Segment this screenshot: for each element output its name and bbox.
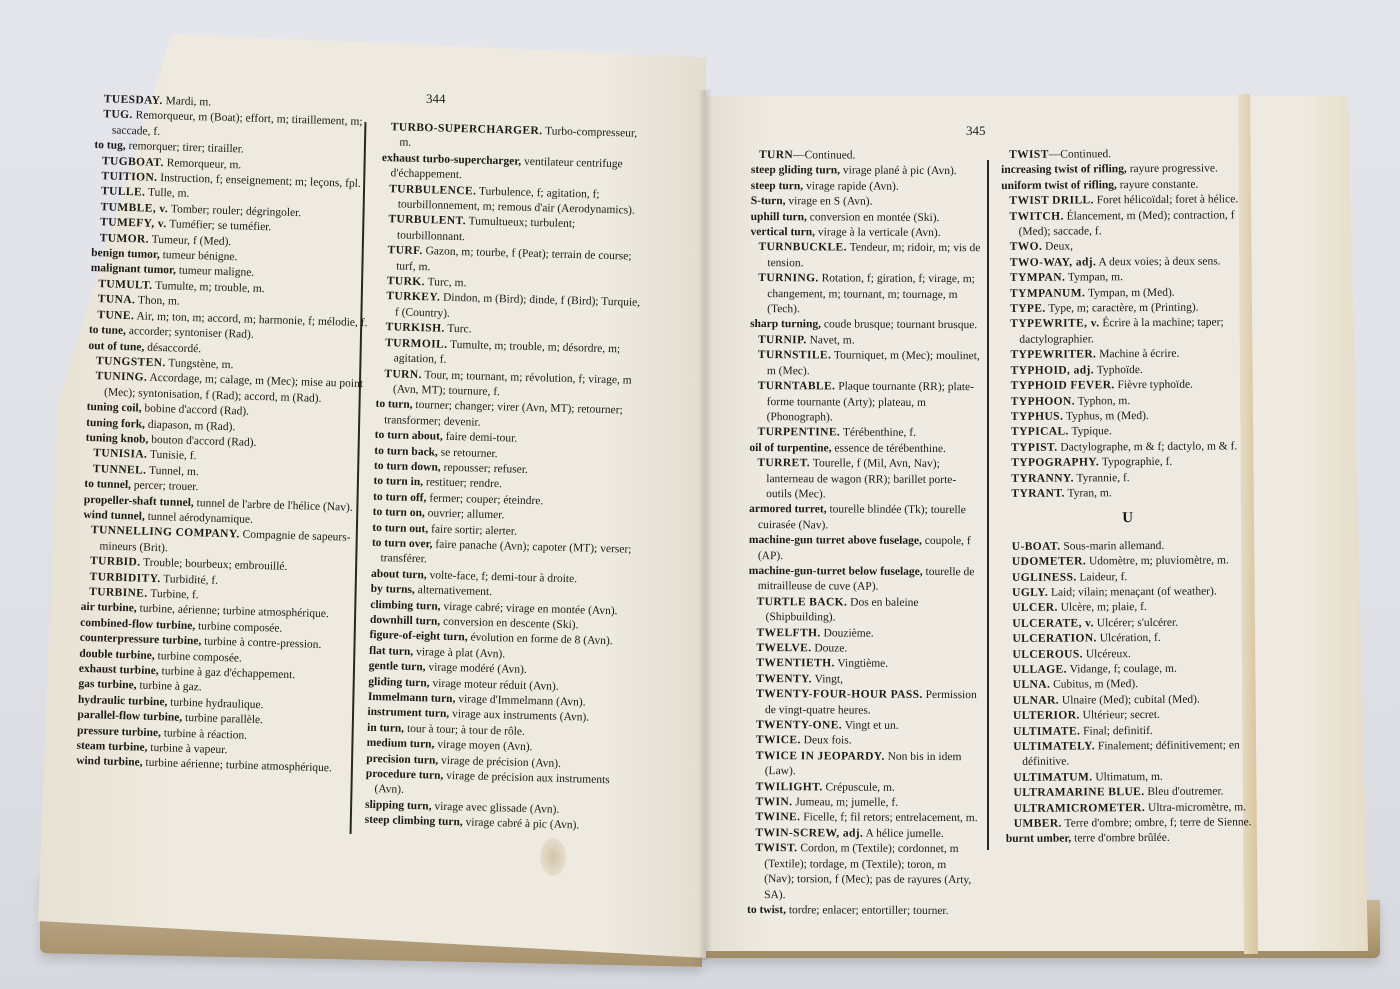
- subentry-term: gliding turn,: [368, 675, 430, 689]
- definition: virage plané à pic (Avn).: [840, 165, 957, 178]
- dictionary-headword-entry: TWIST—Continued.: [1000, 146, 1250, 163]
- headword: TWICE.: [756, 734, 801, 746]
- headword: TUNISIA.: [93, 447, 147, 461]
- dictionary-headword-entry: TYPICAL. Typique.: [1002, 424, 1252, 441]
- subentry-term: to turn down,: [374, 460, 441, 474]
- definition: ouvrier; allumer.: [425, 507, 505, 521]
- subentry-term: uphill turn,: [751, 211, 807, 223]
- dictionary-headword-entry: ULNA. Cubitus, m (Med).: [1004, 677, 1254, 694]
- headword: ULTIMATELY.: [1013, 740, 1095, 753]
- subentry-term: counterpressure turbine,: [80, 632, 202, 648]
- dictionary-headword-entry: TWENTY-FOUR-HOUR PASS. Permission de vin…: [747, 687, 979, 719]
- subentry-term: to tug,: [94, 139, 126, 152]
- subentry-term: to turn,: [375, 398, 412, 411]
- definition: virage aux instruments (Avn).: [449, 708, 589, 724]
- dictionary-headword-entry: TWILIGHT. Crépuscule, m.: [747, 780, 979, 797]
- dictionary-subentry: armored turret, tourelle blindée (Tk); t…: [748, 502, 980, 534]
- headword: TYRANNY.: [1011, 472, 1074, 484]
- definition: Typhus, m (Med).: [1063, 410, 1149, 423]
- subentry-term: oil of turpentine,: [749, 442, 831, 454]
- definition: Tympan, m (Med).: [1085, 286, 1174, 299]
- subentry-term: Immelmann turn,: [368, 691, 456, 705]
- dictionary-headword-entry: UGLINESS. Laideur, f.: [1003, 569, 1253, 586]
- dictionary-subentry: sharp turning, coude brusque; tournant b…: [749, 317, 981, 334]
- headword: U-BOAT.: [1012, 540, 1061, 552]
- headword: ULNA.: [1013, 679, 1051, 691]
- headword: TYPICAL.: [1011, 426, 1069, 438]
- definition: virage cabré à pic (Avn).: [463, 817, 580, 832]
- definition: virage en S (Avn).: [786, 195, 873, 207]
- headword: TUESDAY.: [104, 93, 163, 107]
- dictionary-subentry: vertical turn, virage à la verticale (Av…: [750, 225, 982, 242]
- dictionary-subentry: S-turn, virage en S (Avn).: [750, 194, 982, 211]
- headword: TURNSTILE.: [758, 349, 831, 361]
- headword: TYPIST.: [1011, 441, 1057, 453]
- headword: TURNTABLE.: [758, 380, 836, 392]
- left-page-column-2: TURBO-SUPERCHARGER. Turbo-compresseur, m…: [363, 120, 646, 835]
- dictionary-headword-entry: ULTIMATUM. Ultimatum, m.: [1004, 769, 1254, 786]
- dictionary-subentry: steep gliding turn, virage plané à pic (…: [750, 163, 982, 180]
- definition: Fièvre typhoïde.: [1115, 379, 1193, 392]
- dictionary-headword-entry: ULTRAMICROMETER. Ultra-micromètre, m.: [1005, 800, 1255, 817]
- headword: TWELVE.: [756, 642, 811, 654]
- headword: TWIN.: [756, 796, 793, 808]
- definition: Remorqueur, m (Boat); effort, m; tiraill…: [112, 110, 363, 138]
- definition: diapason, m (Rad).: [145, 418, 236, 433]
- headword: ULTIMATUM.: [1013, 771, 1092, 784]
- definition: Udomètre, m; pluviomètre, m.: [1086, 555, 1229, 568]
- definition: Tympan, m.: [1065, 271, 1123, 283]
- dictionary-headword-entry: TURRET. Tourelle, f (Mil, Avn, Nav); lan…: [748, 456, 980, 503]
- dictionary-headword-entry: TWENTY. Vingt,: [747, 672, 979, 689]
- right-page-column-2: TWIST—Continued.increasing twist of rifl…: [1000, 146, 1255, 848]
- definition: terre d'ombre brûlée.: [1071, 832, 1170, 845]
- definition: virage rapide (Avn).: [803, 180, 899, 193]
- page-number-right: 345: [966, 123, 986, 139]
- definition: Turc.: [445, 323, 472, 336]
- subentry-term: increasing twist of rifling,: [1001, 164, 1127, 177]
- definition: Navet, m.: [807, 334, 855, 346]
- subentry-term: to turn out,: [372, 521, 428, 534]
- headword: ULTIMATE.: [1013, 725, 1080, 737]
- definition: Vingtième.: [835, 658, 888, 670]
- column-divider-right-page: [987, 160, 989, 850]
- subentry-term: double turbine,: [79, 647, 155, 661]
- headword: TURK.: [387, 275, 425, 288]
- subentry-term: procedure turn,: [366, 768, 444, 782]
- definition: virage de précision (Avn).: [438, 754, 561, 769]
- definition: Gazon, m; tourbe, f (Peat); terrain de c…: [396, 245, 632, 273]
- headword: ULCER.: [1012, 602, 1058, 614]
- headword: TUMOR.: [99, 232, 149, 245]
- dictionary-headword-entry: TYPEWRITE, v. Écrire à la machine; taper…: [1001, 316, 1251, 349]
- definition: Ulcéreux.: [1083, 648, 1131, 660]
- subentry-term: to turn in,: [373, 475, 423, 488]
- definition: Trouble; bourbeux; embrouillé.: [140, 557, 287, 573]
- definition: remorquer; tirer; tirailler.: [126, 140, 244, 155]
- headword: TURBULENCE.: [389, 183, 476, 197]
- headword: TURBID.: [90, 555, 141, 568]
- subentry-term: out of tune,: [88, 339, 144, 353]
- definition: essence de térébenthine.: [832, 442, 946, 455]
- definition: turbine à réaction.: [161, 727, 248, 742]
- headword: ULTERIOR.: [1013, 710, 1080, 722]
- definition: restituer; rendre.: [423, 477, 502, 491]
- dictionary-headword-entry: TWIST. Cordon, m (Textile); cordonnet, m…: [746, 841, 978, 904]
- definition: virage d'Immelmann (Avn).: [455, 693, 586, 708]
- headword: TULLE.: [101, 186, 146, 199]
- headword: UGLINESS.: [1012, 571, 1077, 583]
- headword: ULLAGE.: [1013, 664, 1067, 676]
- definition: faire sortir; alerter.: [428, 523, 517, 537]
- headword: TURN.: [384, 368, 422, 381]
- definition: rayure progressive.: [1127, 163, 1218, 176]
- dictionary-headword-entry: TYRANNY. Tyrannie, f.: [1002, 470, 1252, 487]
- right-column-2-t-entries: TWIST—Continued.increasing twist of rifl…: [1000, 146, 1252, 502]
- headword: TYMPAN.: [1010, 272, 1065, 284]
- subentry-term: steep climbing turn,: [365, 814, 463, 829]
- dictionary-headword-entry: UDOMETER. Udomètre, m; pluviomètre, m.: [1003, 553, 1253, 570]
- headword: UMBER.: [1014, 818, 1062, 830]
- definition: Laideur, f.: [1077, 571, 1128, 583]
- headword: TUNA.: [98, 293, 136, 306]
- headword: UGLY.: [1012, 587, 1048, 599]
- headword: TUNNEL.: [93, 463, 147, 477]
- definition: Foret hélicoïdal; foret à hélice.: [1094, 194, 1238, 207]
- definition: tumeur maligne.: [176, 265, 255, 279]
- definition: Tumulte, m; trouble, m.: [152, 280, 264, 295]
- definition: Ficelle, f; fil retors; entrelacement, m…: [800, 812, 977, 825]
- definition: Terre d'ombre; ombre, f; terre de Sienne…: [1062, 816, 1252, 829]
- definition: Tour, m; tournant, m; révolution, f; vir…: [393, 369, 632, 398]
- dictionary-headword-entry: TYPE. Type, m; caractère, m (Printing).: [1001, 300, 1251, 317]
- headword: TWIST DRILL.: [1009, 195, 1094, 208]
- dictionary-headword-entry: TWO-WAY, adj. A deux voies; à deux sens.: [1001, 254, 1251, 271]
- dictionary-headword-entry: ULLAGE. Vidange, f; coulage, m.: [1004, 661, 1254, 678]
- subentry-term: to turn about,: [375, 429, 443, 443]
- definition: A deux voies; à deux sens.: [1096, 255, 1220, 268]
- definition: turbine à vapeur.: [147, 742, 227, 756]
- definition: tumeur bénigne.: [160, 249, 238, 263]
- dictionary-subentry: machine-gun turret above fuselage, coupo…: [748, 533, 980, 565]
- subentry-term: downhill turn,: [370, 614, 441, 628]
- headword: TUGBOAT.: [102, 155, 164, 169]
- headword: TWICE IN JEOPARDY.: [756, 750, 885, 763]
- dictionary-headword-entry: TURNTABLE. Plaque tournante (RR); plate-…: [749, 379, 981, 426]
- subentry-term: tuning fork,: [86, 416, 145, 430]
- definition: Thon, m.: [135, 295, 180, 308]
- headword: TYPOGRAPHY.: [1011, 456, 1099, 469]
- subentry-term: combined-flow turbine,: [80, 617, 195, 632]
- dictionary-headword-entry: TWENTY-ONE. Vingt et un.: [747, 718, 979, 735]
- subentry-term: machine-gun turret above fuselage,: [749, 534, 922, 547]
- dictionary-headword-entry: ULTRAMARINE BLUE. Bleu d'outremer.: [1004, 784, 1254, 801]
- subentry-term: about turn,: [371, 568, 427, 581]
- subentry-term: tuning knob,: [86, 432, 149, 446]
- definition: Tyrannie, f.: [1074, 472, 1130, 484]
- dictionary-headword-entry: TWELFTH. Douzième.: [747, 626, 979, 643]
- definition: évolution en forme de 8 (Avn).: [467, 632, 612, 648]
- subentry-term: to turn over,: [372, 537, 433, 551]
- headword: TUMEFY, v.: [100, 216, 167, 230]
- subentry-term: sharp turning,: [750, 318, 821, 330]
- definition: turbine à gaz.: [136, 680, 201, 694]
- subentry-term: figure-of-eight turn,: [369, 629, 467, 644]
- definition: Remorqueur, m.: [164, 157, 242, 171]
- definition: turbine hydraulique.: [167, 696, 263, 711]
- headword: TYMPANUM.: [1010, 287, 1085, 300]
- subentry-term: precision turn,: [366, 752, 438, 766]
- subentry-term: by turns,: [371, 583, 415, 596]
- subentry-term: gas turbine,: [78, 678, 136, 692]
- definition: Typhoïde.: [1094, 364, 1143, 376]
- definition: Laid; vilain; menaçant (of weather).: [1048, 585, 1217, 598]
- definition: Douzième.: [821, 627, 874, 639]
- dictionary-headword-entry: TURNIP. Navet, m.: [749, 333, 981, 350]
- headword: TURNING.: [758, 272, 818, 284]
- definition: Douze.: [811, 642, 847, 654]
- dictionary-headword-entry: TWITCH. Élancement, m (Med); contraction…: [1000, 208, 1250, 241]
- headword: TURBO-SUPERCHARGER.: [391, 121, 543, 137]
- dictionary-headword-entry: TURNBUCKLE. Tendeur, m; ridoir, m; vis d…: [749, 240, 981, 272]
- definition: fermer; couper; éteindre.: [426, 492, 543, 507]
- dictionary-headword-entry: TURNSTILE. Tourniquet, m (Mec); moulinet…: [749, 348, 981, 380]
- dictionary-headword-entry: ULTERIOR. Ultérieur; secret.: [1004, 707, 1254, 724]
- definition: Ulnaire (Med); cubital (Med).: [1059, 693, 1200, 706]
- dictionary-headword-entry: TWIN. Jumeau, m; jumelle, f.: [747, 795, 979, 812]
- definition: Machine à écrire.: [1096, 348, 1179, 361]
- dictionary-subentry: oil of turpentine, essence de térébenthi…: [748, 441, 980, 458]
- headword: TYPEWRITE, v.: [1010, 318, 1099, 331]
- definition: Turbine, f.: [147, 588, 198, 602]
- definition: Typhon, m.: [1075, 395, 1130, 407]
- dictionary-headword-entry: TWIST DRILL. Foret hélicoïdal; foret à h…: [1000, 192, 1250, 209]
- definition: Typographie, f.: [1099, 456, 1172, 469]
- headword: TWINE.: [755, 812, 800, 824]
- dictionary-subentry: machine-gun-turret below fuselage, toure…: [748, 564, 980, 596]
- definition: —Continued.: [793, 149, 855, 161]
- definition: coude brusque; tournant brusque.: [821, 319, 977, 332]
- headword: TUMBLE, v.: [100, 201, 168, 215]
- subentry-term: to tunnel,: [84, 478, 131, 491]
- headword: TUMULT.: [98, 278, 153, 292]
- subentry-term: S-turn,: [751, 195, 786, 207]
- definition: Tulle, m.: [145, 187, 189, 200]
- definition: Tumeur, f (Med).: [149, 233, 232, 247]
- subentry-term: machine-gun-turret below fuselage,: [749, 565, 923, 578]
- headword: ULTRAMARINE BLUE.: [1013, 786, 1144, 799]
- dictionary-headword-entry: ULCERATION. Ulcération, f.: [1003, 630, 1253, 647]
- headword: TURPENTINE.: [757, 426, 840, 438]
- definition: bouton d'accord (Rad).: [148, 434, 256, 449]
- headword: ULCERATION.: [1012, 633, 1096, 646]
- definition: tour à tour; à tour de rôle.: [404, 723, 525, 738]
- page-number-left: 344: [426, 91, 446, 107]
- definition: Ultérieur; secret.: [1080, 709, 1160, 722]
- subentry-term: to turn back,: [374, 444, 438, 458]
- subentry-term: vertical turn,: [751, 226, 816, 238]
- definition: Vidange, f; coulage, m.: [1067, 663, 1177, 676]
- dictionary-headword-entry: TWICE IN JEOPARDY. Non bis in idem (Law)…: [747, 749, 979, 781]
- headword: TWO-WAY, adj.: [1010, 256, 1097, 269]
- definition: Tunisie, f.: [147, 449, 197, 462]
- headword: TWITCH.: [1009, 210, 1063, 222]
- headword: TURBIDITY.: [89, 571, 160, 585]
- definition: tourner; changer; virer (Avn, MT); retou…: [384, 399, 623, 428]
- definition: rayure constante.: [1117, 178, 1199, 191]
- headword: TWIN-SCREW, adj.: [755, 827, 863, 840]
- definition: Typique.: [1069, 426, 1112, 438]
- subentry-term: gentle turn,: [369, 660, 426, 673]
- headword: TYRANT.: [1011, 487, 1064, 499]
- definition: bobine d'accord (Rad).: [141, 403, 249, 418]
- headword: TYPHUS.: [1011, 410, 1063, 422]
- definition: se retourner.: [438, 446, 498, 460]
- dictionary-headword-entry: TYPHOON. Typhon, m.: [1002, 393, 1252, 410]
- dictionary-headword-entry: TYRANT. Tyran, m.: [1002, 485, 1252, 502]
- definition: Turc, m.: [425, 276, 467, 289]
- subentry-term: hydraulic turbine,: [78, 694, 168, 709]
- dictionary-headword-entry: TYPHOID, adj. Typhoïde.: [1002, 362, 1252, 379]
- definition: virage moteur réduit (Avn).: [429, 677, 558, 692]
- subentry-term: pressure turbine,: [77, 724, 161, 738]
- headword: TURF.: [387, 244, 422, 257]
- definition: Type, m; caractère, m (Printing).: [1046, 302, 1199, 315]
- definition: turbine parallèle.: [182, 712, 263, 726]
- definition: turbine composée.: [155, 650, 243, 665]
- subentry-term: tuning coil,: [86, 401, 141, 415]
- dictionary-headword-entry: TURN—Continued.: [750, 148, 982, 165]
- dictionary-headword-entry: TURPENTINE. Térébenthine, f.: [748, 425, 980, 442]
- dictionary-headword-entry: UMBER. Terre d'ombre; ombre, f; terre de…: [1005, 815, 1255, 832]
- definition: Ulcérer; s'ulcérer.: [1094, 617, 1178, 630]
- dictionary-headword-entry: TYPHUS. Typhus, m (Med).: [1002, 408, 1252, 425]
- subentry-term: propeller-shaft tunnel,: [84, 493, 194, 508]
- dictionary-headword-entry: TWINE. Ficelle, f; fil retors; entrelace…: [746, 810, 978, 827]
- definition: Ultra-micromètre, m.: [1145, 801, 1246, 814]
- definition: Vingt et un.: [842, 720, 899, 732]
- headword: TYPHOID FEVER.: [1011, 379, 1115, 392]
- book-gutter: [698, 90, 712, 960]
- subentry-term: exhaust turbine,: [79, 663, 159, 677]
- dictionary-headword-entry: ULCEROUS. Ulcéreux.: [1003, 646, 1253, 663]
- definition: accorder; syntoniser (Rad).: [126, 325, 254, 341]
- definition: Térébenthine, f.: [840, 427, 916, 439]
- headword: TWELFTH.: [756, 627, 820, 639]
- headword: TURTLE BACK.: [757, 596, 848, 608]
- definition: —Continued.: [1049, 148, 1111, 160]
- headword: TUNGSTEN.: [96, 355, 166, 369]
- dictionary-headword-entry: TURNING. Rotation, f; giration, f; virag…: [749, 271, 981, 318]
- dictionary-subentry: uphill turn, conversion en montée (Ski).: [750, 210, 982, 227]
- subentry-term: burnt umber,: [1006, 833, 1071, 845]
- headword: TWENTY.: [756, 673, 812, 685]
- definition: faire demi-tour.: [443, 431, 518, 445]
- subentry-term: to turn on,: [373, 506, 425, 519]
- headword: TUITION.: [101, 170, 157, 184]
- definition: Deux fois.: [801, 735, 852, 747]
- subentry-term: slipping turn,: [365, 799, 432, 813]
- dictionary-headword-entry: ULCER. Ulcère, m; plaie, f.: [1003, 600, 1253, 617]
- dictionary-headword-entry: TYMPANUM. Tympan, m (Med).: [1001, 285, 1251, 302]
- headword: TURNIP.: [758, 334, 807, 346]
- definition: Ultimatum, m.: [1092, 771, 1162, 783]
- dictionary-subentry: burnt umber, terre d'ombre brûlée.: [1005, 831, 1255, 848]
- definition: tunnel aérodynamique.: [145, 511, 254, 526]
- headword: TURKEY.: [386, 291, 440, 304]
- definition: Tuméfier; se tuméfier.: [166, 218, 271, 233]
- headword: TURBULENT.: [388, 214, 466, 228]
- right-page-column-1: TURN—Continued.steep gliding turn, virag…: [746, 148, 982, 920]
- subentry-term: uniform twist of rifling,: [1001, 179, 1117, 192]
- right-column-2-u-entries: U-BOAT. Sous-marin allemand.UDOMETER. Ud…: [1003, 538, 1255, 848]
- definition: Bleu d'outremer.: [1144, 786, 1223, 799]
- subentry-term: steep turn,: [751, 180, 803, 192]
- paper-stain: [540, 838, 566, 876]
- dictionary-headword-entry: TWO. Deux,: [1001, 239, 1251, 256]
- subentry-term: medium turn,: [367, 737, 435, 751]
- headword: TWILIGHT.: [756, 781, 823, 793]
- headword: TUNING.: [95, 370, 147, 384]
- definition: Deux,: [1042, 241, 1073, 253]
- headword: TYPHOON.: [1011, 395, 1075, 407]
- definition: percer; trouer.: [131, 479, 199, 493]
- definition: Sous-marin allemand.: [1060, 540, 1164, 553]
- dictionary-headword-entry: TWICE. Deux fois.: [747, 733, 979, 750]
- definition: alternativement.: [415, 584, 493, 598]
- definition: Ulcère, m; plaie, f.: [1058, 601, 1147, 614]
- definition: virage à plat (Avn).: [413, 646, 505, 660]
- definition: conversion en montée (Ski).: [807, 211, 940, 224]
- subentry-term: to twist,: [747, 904, 786, 916]
- subentry-term: in turn,: [367, 722, 404, 735]
- headword: TWENTY-ONE.: [756, 719, 842, 731]
- dictionary-headword-entry: TYPHOID FEVER. Fièvre typhoïde.: [1002, 377, 1252, 394]
- subentry-term: steam turbine,: [76, 740, 147, 754]
- headword: ULNAR.: [1013, 694, 1059, 706]
- subentry-term: parallel-flow turbine,: [77, 709, 182, 724]
- headword: TWIST.: [755, 842, 797, 854]
- dictionary-headword-entry: ULNAR. Ulnaire (Med); cubital (Med).: [1004, 692, 1254, 709]
- headword: TUG.: [103, 109, 133, 122]
- definition: turbine composée.: [195, 620, 283, 635]
- definition: Cubitus, m (Med).: [1050, 678, 1138, 691]
- headword: TYPEWRITER.: [1010, 349, 1096, 362]
- subentry-term: steep gliding turn,: [751, 164, 840, 176]
- subentry-term: to tune,: [89, 324, 126, 337]
- definition: Tunnel, m.: [146, 464, 199, 478]
- definition: Tyran, m.: [1065, 487, 1112, 499]
- dictionary-headword-entry: TYPIST. Dactylographe, m & f; dactylo, m…: [1002, 439, 1252, 456]
- definition: Crépuscule, m.: [823, 781, 895, 793]
- dictionary-headword-entry: TYPEWRITER. Machine à écrire.: [1001, 347, 1251, 364]
- dictionary-headword-entry: TYMPAN. Tympan, m.: [1001, 270, 1251, 287]
- subentry-term: flat turn,: [369, 645, 413, 658]
- subentry-term: instrument turn,: [367, 706, 449, 720]
- definition: repousser; refuser.: [441, 462, 528, 476]
- subentry-term: climbing turn,: [370, 598, 441, 612]
- headword: TWENTY-FOUR-HOUR PASS.: [756, 688, 923, 701]
- definition: conversion en descente (Ski).: [440, 616, 579, 632]
- definition: virage avec glissade (Avn).: [431, 800, 559, 815]
- headword: TURNBUCKLE.: [758, 241, 846, 253]
- definition: Ulcération, f.: [1097, 632, 1161, 644]
- subentry-term: wind tunnel,: [83, 509, 145, 523]
- dictionary-headword-entry: U-BOAT. Sous-marin allemand.: [1003, 538, 1253, 555]
- definition: Final; definitif.: [1080, 725, 1153, 738]
- headword: TWENTIETH.: [756, 657, 835, 669]
- definition: turbine à gaz d'échappement.: [159, 665, 296, 681]
